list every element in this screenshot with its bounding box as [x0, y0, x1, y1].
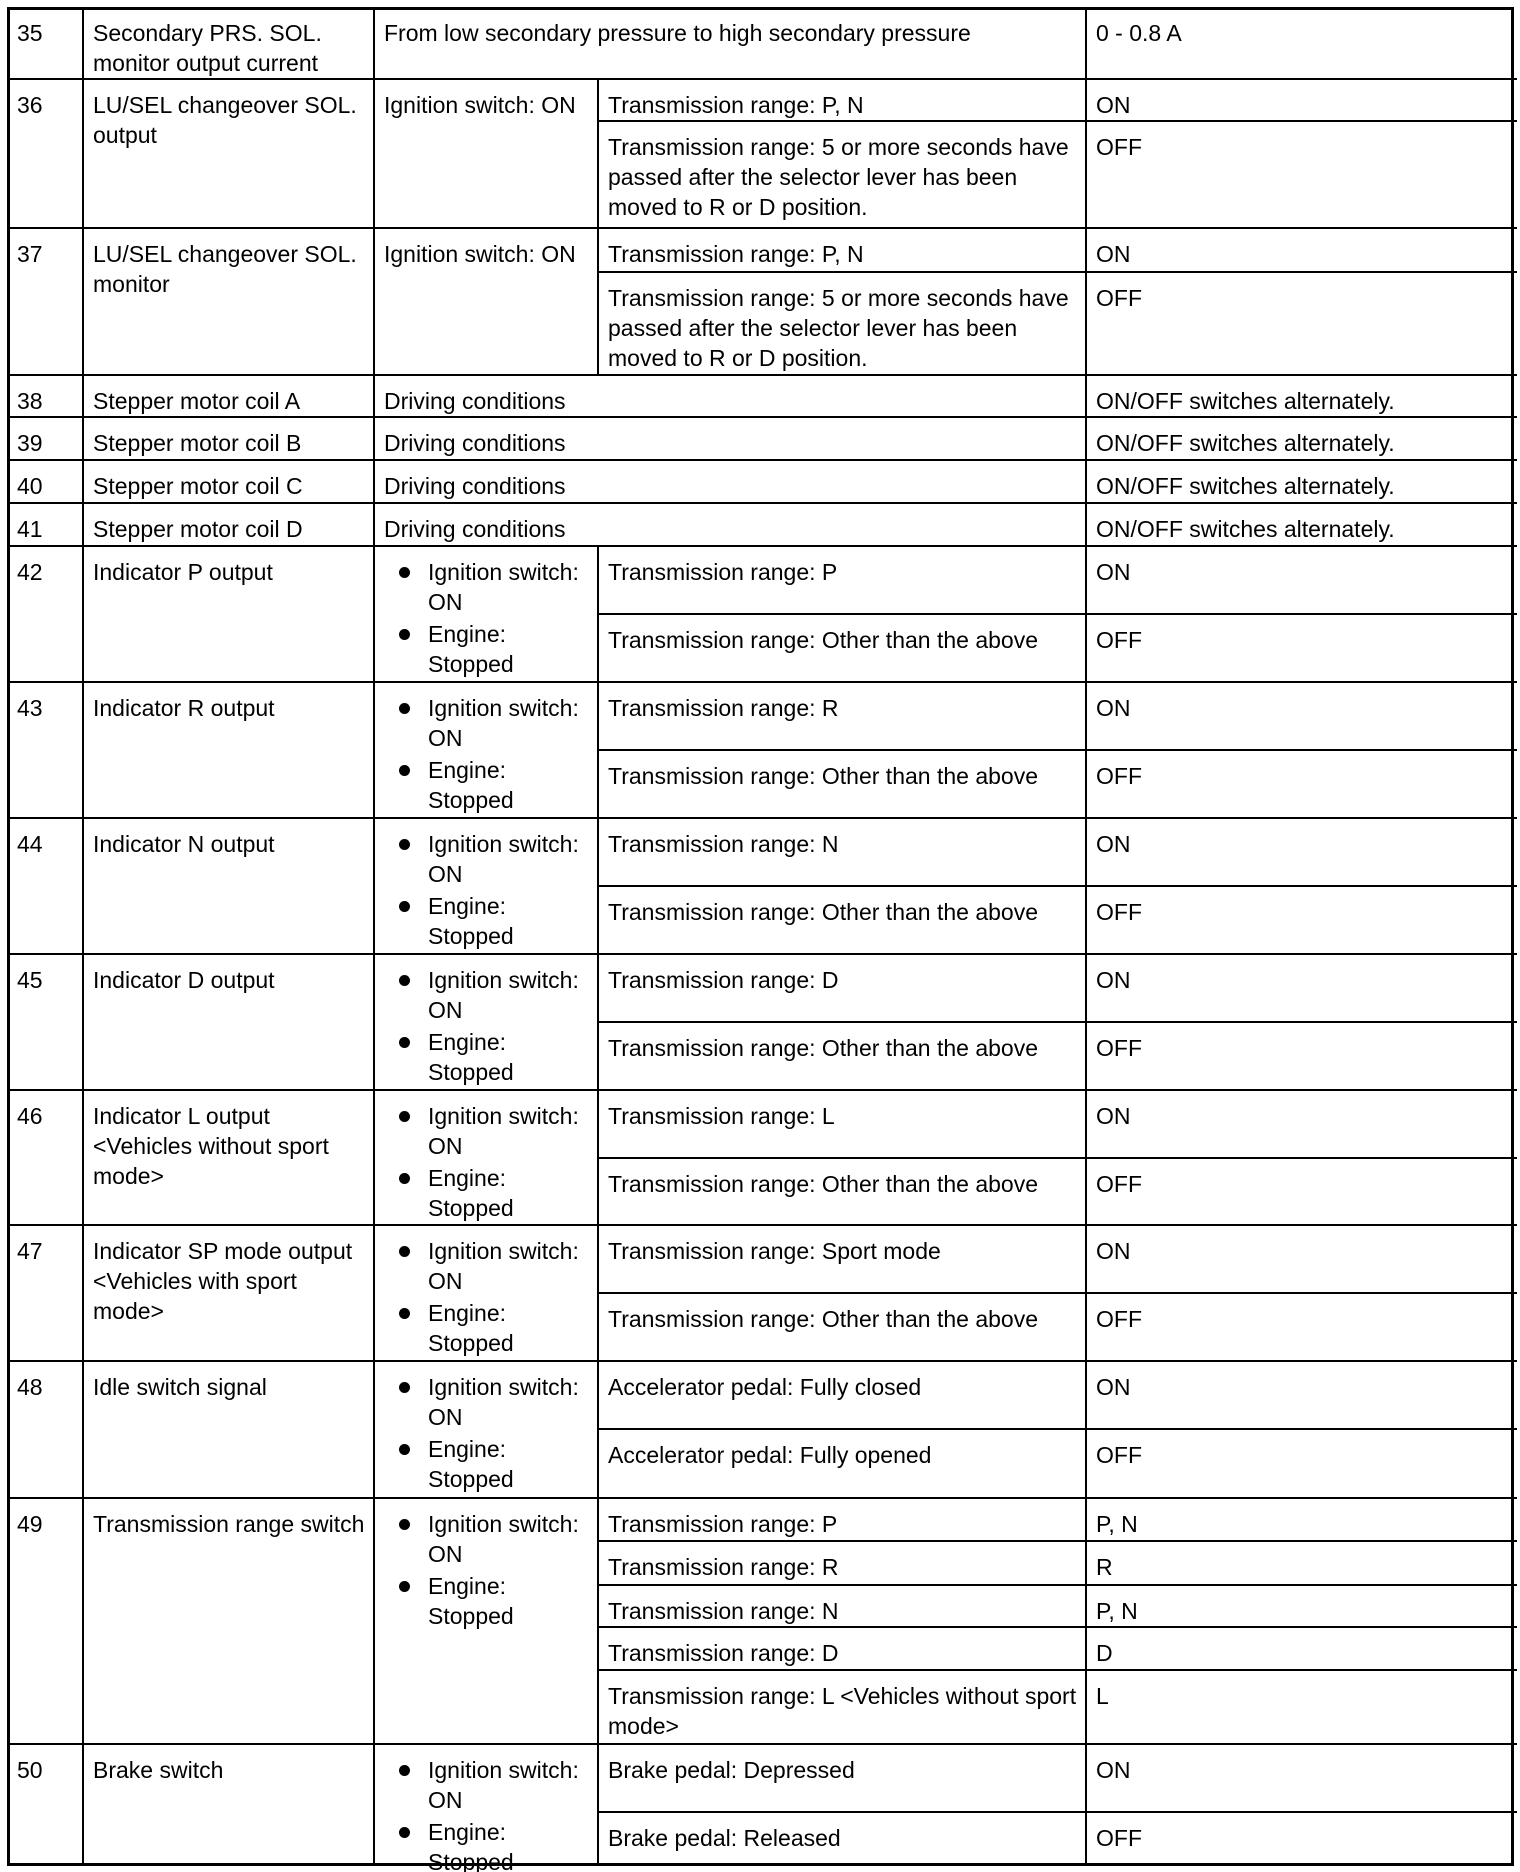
item-name: Brake switch — [86, 1747, 377, 1869]
normal-value: OFF — [1089, 124, 1517, 231]
condition: Ignition switch: ON — [377, 231, 601, 378]
row-number: 48 — [10, 1364, 86, 1501]
normal-value: ON/OFF switches alternately. — [1089, 378, 1517, 420]
row-divider — [598, 613, 1517, 615]
row-divider — [7, 953, 1517, 955]
bullet-icon — [399, 765, 410, 776]
normal-value: OFF — [1089, 1161, 1517, 1228]
item-name: Stepper motor coil C — [86, 463, 377, 506]
condition: Driving conditions — [377, 378, 1089, 420]
item-name: Indicator L output <Vehicles without spo… — [86, 1093, 377, 1228]
bullet-text: Ignition switch: ON — [428, 965, 598, 1025]
inspection-table: 35Secondary PRS. SOL. monitor output cur… — [7, 7, 1514, 1866]
normal-value: OFF — [1089, 1432, 1517, 1501]
bullet-icon — [399, 567, 410, 578]
bullet-item: Ignition switch: ON — [377, 965, 601, 1025]
normal-value: P, N — [1089, 1588, 1517, 1630]
bullet-icon — [399, 1827, 410, 1838]
bullet-icon — [399, 629, 410, 640]
row-divider — [598, 1021, 1517, 1023]
row-number: 44 — [10, 821, 86, 957]
bullet-text: Engine: Stopped — [428, 891, 598, 951]
bullet-icon — [399, 901, 410, 912]
bullet-item: Ignition switch: ON — [377, 1509, 601, 1569]
bullet-icon — [399, 1444, 410, 1455]
row-divider — [7, 1089, 1517, 1091]
sub-condition: Transmission range: 5 or more seconds ha… — [601, 275, 1089, 378]
row-divider — [7, 374, 1517, 376]
row-divider — [7, 1360, 1517, 1362]
row-divider — [598, 749, 1517, 751]
row-divider — [598, 1157, 1517, 1159]
bullet-text: Engine: Stopped — [428, 1817, 598, 1872]
item-name: LU/SEL changeover SOL. monitor — [86, 231, 377, 378]
bullet-text: Engine: Stopped — [428, 755, 598, 815]
bullet-item: Engine: Stopped — [377, 1817, 601, 1872]
bullet-icon — [399, 1246, 410, 1257]
bullet-icon — [399, 1111, 410, 1122]
sub-condition: Transmission range: N — [601, 821, 1089, 889]
bullet-icon — [399, 1765, 410, 1776]
sub-condition: Transmission range: Other than the above — [601, 1161, 1089, 1228]
bullet-item: Engine: Stopped — [377, 1434, 601, 1494]
normal-value: OFF — [1089, 617, 1517, 685]
bullet-text: Engine: Stopped — [428, 1298, 598, 1358]
normal-value: R — [1089, 1544, 1517, 1588]
bullet-text: Ignition switch: ON — [428, 1372, 598, 1432]
row-number: 41 — [10, 506, 86, 549]
bullet-item: Ignition switch: ON — [377, 829, 601, 889]
item-name: Indicator SP mode output <Vehicles with … — [86, 1228, 377, 1364]
sub-condition: Transmission range: Other than the above — [601, 753, 1089, 821]
bullet-text: Ignition switch: ON — [428, 1509, 598, 1569]
row-divider — [7, 459, 1517, 461]
sub-condition: Transmission range: L — [601, 1093, 1089, 1161]
row-divider — [598, 1428, 1517, 1430]
row-divider — [7, 817, 1517, 819]
row-divider — [7, 78, 1517, 80]
condition: Driving conditions — [377, 463, 1089, 506]
bullet-icon — [399, 1037, 410, 1048]
row-number: 43 — [10, 685, 86, 821]
row-divider — [7, 1497, 1517, 1499]
item-name: Indicator D output — [86, 957, 377, 1093]
row-number: 35 — [10, 10, 86, 82]
row-divider — [7, 227, 1517, 229]
row-divider — [598, 1626, 1517, 1628]
normal-value: ON/OFF switches alternately. — [1089, 506, 1517, 549]
normal-value: ON — [1089, 549, 1517, 617]
row-divider — [598, 1811, 1517, 1813]
row-divider — [7, 545, 1517, 547]
sub-condition: Transmission range: P — [601, 1501, 1089, 1544]
row-number: 42 — [10, 549, 86, 685]
row-divider — [7, 1743, 1517, 1745]
bullet-text: Ignition switch: ON — [428, 1101, 598, 1161]
item-name: Secondary PRS. SOL. monitor output curre… — [86, 10, 377, 82]
row-number: 49 — [10, 1501, 86, 1747]
sub-condition: Transmission range: D — [601, 1630, 1089, 1673]
item-name: Indicator N output — [86, 821, 377, 957]
normal-value: L — [1089, 1673, 1517, 1747]
sub-condition: Transmission range: P, N — [601, 231, 1089, 275]
item-name: LU/SEL changeover SOL. output — [86, 82, 377, 231]
normal-value: ON/OFF switches alternately. — [1089, 463, 1517, 506]
row-number: 37 — [10, 231, 86, 378]
bullet-text: Ignition switch: ON — [428, 693, 598, 753]
bullet-item: Ignition switch: ON — [377, 1755, 601, 1815]
bullet-item: Ignition switch: ON — [377, 1236, 601, 1296]
bullet-item: Engine: Stopped — [377, 1571, 601, 1631]
sub-condition: Transmission range: P — [601, 549, 1089, 617]
condition: Ignition switch: ON — [377, 82, 601, 231]
row-number: 46 — [10, 1093, 86, 1228]
item-name: Transmission range switch — [86, 1501, 377, 1747]
bullet-text: Engine: Stopped — [428, 1571, 598, 1631]
sub-condition: Accelerator pedal: Fully closed — [601, 1364, 1089, 1432]
sub-condition: Transmission range: Other than the above — [601, 889, 1089, 957]
bullet-icon — [399, 1581, 410, 1592]
row-number: 47 — [10, 1228, 86, 1364]
sub-condition: Transmission range: D — [601, 957, 1089, 1025]
sub-condition: Transmission range: R — [601, 685, 1089, 753]
row-number: 45 — [10, 957, 86, 1093]
condition: Driving conditions — [377, 506, 1089, 549]
row-number: 36 — [10, 82, 86, 231]
row-divider — [598, 885, 1517, 887]
sub-condition: Transmission range: Other than the above — [601, 1025, 1089, 1093]
sub-condition: Transmission range: R — [601, 1544, 1089, 1588]
normal-value: 0 - 0.8 A — [1089, 10, 1517, 82]
sub-condition: Transmission range: Sport mode — [601, 1228, 1089, 1296]
normal-value: P, N — [1089, 1501, 1517, 1544]
sub-condition: Transmission range: L <Vehicles without … — [601, 1673, 1089, 1747]
bullet-text: Engine: Stopped — [428, 1434, 598, 1494]
normal-value: OFF — [1089, 1296, 1517, 1364]
bullet-icon — [399, 1173, 410, 1184]
bullet-item: Ignition switch: ON — [377, 1101, 601, 1161]
row-number: 39 — [10, 420, 86, 463]
row-divider — [7, 681, 1517, 683]
sub-condition: Brake pedal: Released — [601, 1815, 1089, 1869]
row-divider — [598, 1669, 1517, 1671]
condition: From low secondary pressure to high seco… — [377, 10, 1089, 82]
normal-value: ON — [1089, 1364, 1517, 1432]
bullet-icon — [399, 703, 410, 714]
bullet-text: Ignition switch: ON — [428, 1236, 598, 1296]
bullet-item: Engine: Stopped — [377, 755, 601, 815]
sub-condition: Transmission range: N — [601, 1588, 1089, 1630]
bullet-icon — [399, 1382, 410, 1393]
bullet-item: Engine: Stopped — [377, 619, 601, 679]
bullet-text: Engine: Stopped — [428, 1163, 598, 1223]
bullet-icon — [399, 1519, 410, 1530]
normal-value: ON — [1089, 1093, 1517, 1161]
item-name: Stepper motor coil A — [86, 378, 377, 420]
sub-condition: Brake pedal: Depressed — [601, 1747, 1089, 1815]
bullet-item: Engine: Stopped — [377, 891, 601, 951]
normal-value: ON — [1089, 957, 1517, 1025]
normal-value: ON — [1089, 231, 1517, 275]
bullet-item: Ignition switch: ON — [377, 557, 601, 617]
sub-condition: Transmission range: 5 or more seconds ha… — [601, 124, 1089, 231]
normal-value: ON — [1089, 82, 1517, 124]
bullet-icon — [399, 1308, 410, 1319]
item-name: Indicator P output — [86, 549, 377, 685]
bullet-item: Engine: Stopped — [377, 1298, 601, 1358]
bullet-item: Engine: Stopped — [377, 1027, 601, 1087]
bullet-text: Engine: Stopped — [428, 619, 598, 679]
normal-value: OFF — [1089, 1815, 1517, 1869]
row-number: 50 — [10, 1747, 86, 1869]
row-divider — [598, 120, 1517, 122]
bullet-text: Ignition switch: ON — [428, 557, 598, 617]
item-name: Indicator R output — [86, 685, 377, 821]
row-divider — [598, 1292, 1517, 1294]
bullet-item: Ignition switch: ON — [377, 693, 601, 753]
normal-value: ON — [1089, 1747, 1517, 1815]
row-divider — [7, 502, 1517, 504]
row-divider — [7, 1224, 1517, 1226]
normal-value: OFF — [1089, 889, 1517, 957]
normal-value: ON/OFF switches alternately. — [1089, 420, 1517, 463]
bullet-item: Ignition switch: ON — [377, 1372, 601, 1432]
sub-condition: Transmission range: Other than the above — [601, 1296, 1089, 1364]
bullet-icon — [399, 839, 410, 850]
row-divider — [7, 416, 1517, 418]
row-number: 40 — [10, 463, 86, 506]
sub-condition: Transmission range: Other than the above — [601, 617, 1089, 685]
item-name: Stepper motor coil B — [86, 420, 377, 463]
bullet-icon — [399, 975, 410, 986]
row-divider — [598, 1584, 1517, 1586]
bullet-text: Ignition switch: ON — [428, 829, 598, 889]
sub-condition: Transmission range: P, N — [601, 82, 1089, 124]
condition: Driving conditions — [377, 420, 1089, 463]
bullet-text: Engine: Stopped — [428, 1027, 598, 1087]
bullet-text: Ignition switch: ON — [428, 1755, 598, 1815]
normal-value: D — [1089, 1630, 1517, 1673]
normal-value: OFF — [1089, 1025, 1517, 1093]
item-name: Stepper motor coil D — [86, 506, 377, 549]
row-number: 38 — [10, 378, 86, 420]
bullet-item: Engine: Stopped — [377, 1163, 601, 1223]
normal-value: ON — [1089, 685, 1517, 753]
sub-condition: Accelerator pedal: Fully opened — [601, 1432, 1089, 1501]
normal-value: OFF — [1089, 753, 1517, 821]
row-divider — [598, 271, 1517, 273]
normal-value: OFF — [1089, 275, 1517, 378]
normal-value: ON — [1089, 1228, 1517, 1296]
row-divider — [598, 1540, 1517, 1542]
item-name: Idle switch signal — [86, 1364, 377, 1501]
normal-value: ON — [1089, 821, 1517, 889]
